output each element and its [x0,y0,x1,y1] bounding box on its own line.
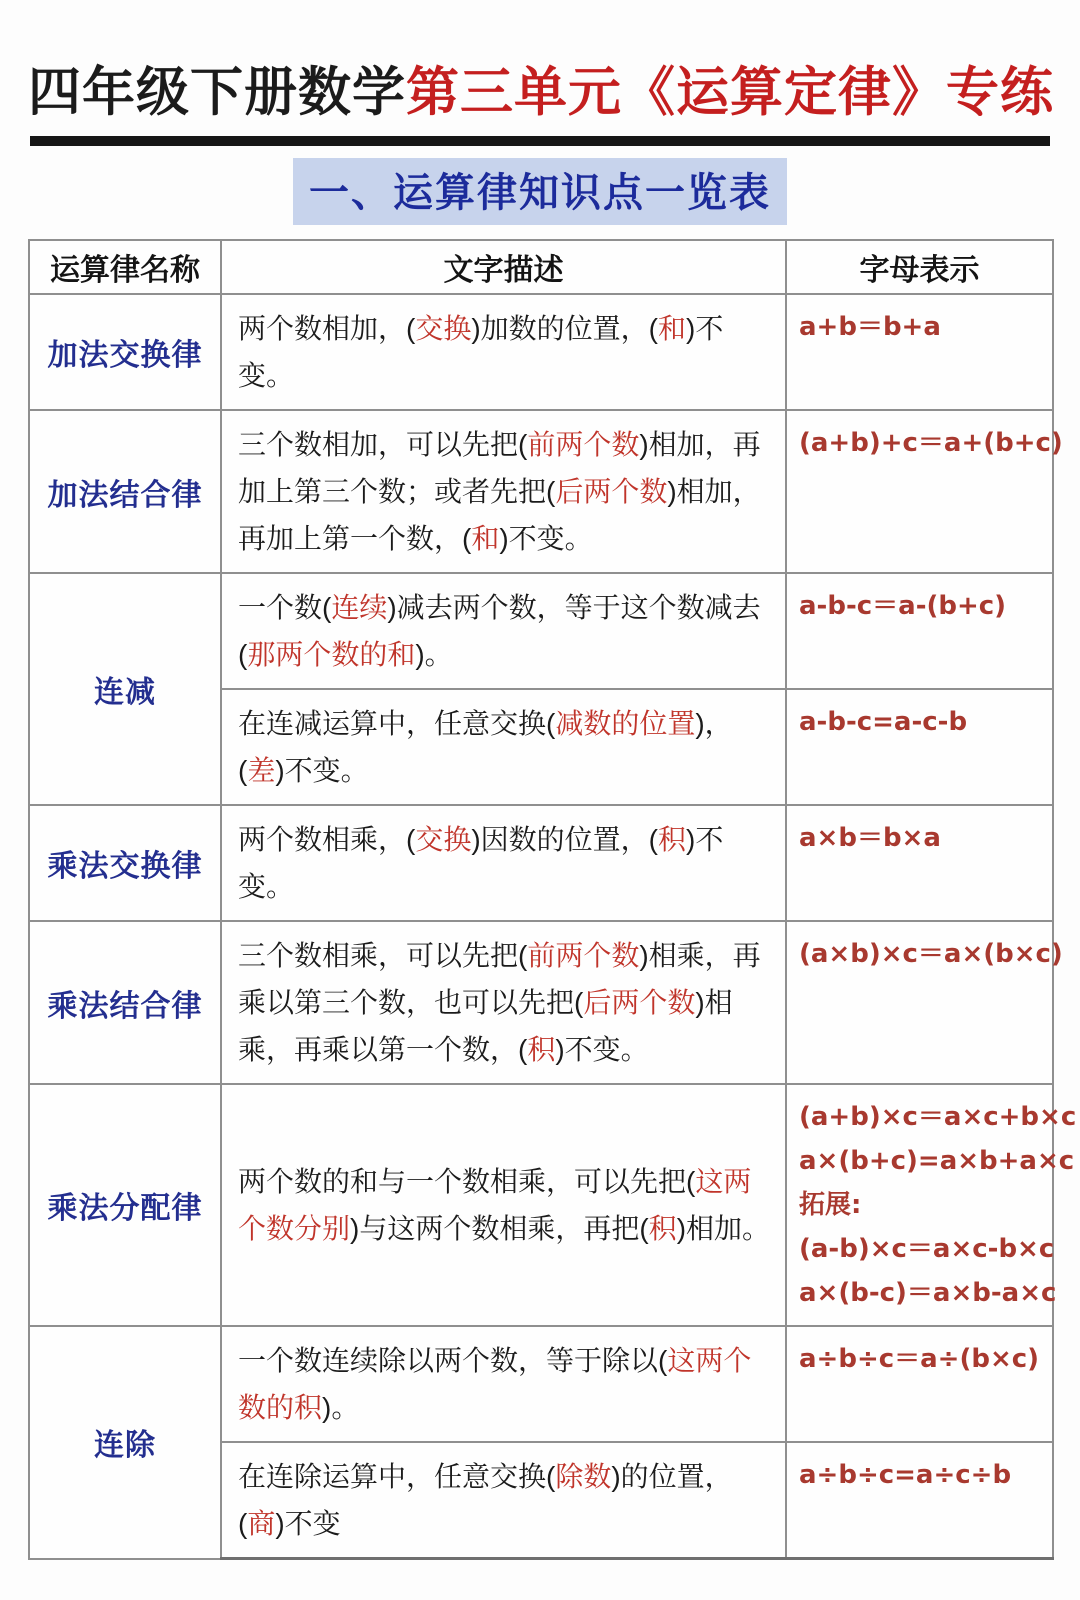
law-name-cell: 连除 [29,1326,221,1559]
description-text: )。 [415,639,452,670]
table-row: 乘法分配律两个数的和与一个数相乘，可以先把(这两个数分别)与这两个数相乘，再把(… [29,1084,1053,1326]
description-cell: 一个数(连续)减去两个数，等于这个数减去(那两个数的和)。 [221,573,786,689]
description-cell: 三个数相加，可以先把(前两个数)相加，再加上第三个数；或者先把(后两个数)相加，… [221,410,786,573]
description-text: )加数的位置，( [471,313,658,344]
formula-line: a÷b÷c＝a÷(b×c) [799,1337,1046,1381]
formula-line: a-b-c=a-c-b [799,700,1046,744]
description-cell: 在连除运算中，任意交换(除数)的位置，(商)不变 [221,1442,786,1559]
formula-cell: (a×b)×c＝a×(b×c) [786,921,1053,1084]
description-cell: 一个数连续除以两个数，等于除以(这两个数的积)。 [221,1326,786,1442]
formula-cell: a÷b÷c＝a÷(b×c) [786,1326,1053,1442]
description-highlight-text: 减数的位置 [555,708,695,739]
description-highlight-text: 交换 [415,824,471,855]
formula-line: (a×b)×c＝a×(b×c) [799,932,1046,976]
law-name-cell: 乘法结合律 [29,921,221,1084]
formula-line: a+b＝b+a [799,305,1046,349]
description-text: 两个数的和与一个数相乘，可以先把( [238,1166,695,1197]
description-text: 两个数相加，( [238,313,415,344]
description-text: )不变。 [275,755,368,786]
description-highlight-text: 除数 [555,1461,611,1492]
description-highlight-text: 积 [658,824,686,855]
description-text: 三个数相加，可以先把( [238,429,527,460]
formula-line: (a+b)+c＝a+(b+c) [799,421,1046,465]
description-text: 在连减运算中，任意交换( [238,708,555,739]
formula-line: a×(b+c)=a×b+a×c [799,1139,1046,1183]
description-text: )相加。 [677,1213,770,1244]
law-name-cell: 加法交换律 [29,294,221,410]
formula-cell: (a+b)×c＝a×c+b×ca×(b+c)=a×b+a×c拓展:(a-b)×c… [786,1084,1053,1326]
formula-line: 拓展: [799,1183,1046,1227]
description-highlight-text: 前两个数 [527,940,639,971]
formula-line: a-b-c＝a-(b+c) [799,584,1046,628]
description-text: )与这两个数相乘，再把( [350,1213,649,1244]
description-text: )因数的位置，( [471,824,658,855]
description-highlight-text: 后两个数 [555,476,667,507]
column-header-formula: 字母表示 [786,240,1053,294]
description-highlight-text: 那两个数的和 [247,639,415,670]
description-highlight-text: 差 [247,755,275,786]
column-header-description: 文字描述 [221,240,786,294]
formula-line: (a-b)×c＝a×c-b×c [799,1227,1046,1271]
formula-line: a÷b÷c=a÷c÷b [799,1453,1046,1497]
description-highlight-text: 和 [471,523,499,554]
section-heading: 一、运算律知识点一览表 [293,158,787,225]
description-highlight-text: 和 [658,313,686,344]
operation-laws-table: 运算律名称 文字描述 字母表示 加法交换律两个数相加，(交换)加数的位置，(和)… [28,239,1054,1560]
description-text: 一个数( [238,592,331,623]
description-text: 两个数相乘，( [238,824,415,855]
page-title-black-part: 四年级下册数学 [28,64,406,122]
description-text: )不变。 [555,1034,648,1065]
description-cell: 两个数相乘，(交换)因数的位置，(积)不变。 [221,805,786,921]
description-cell: 在连减运算中，任意交换(减数的位置)，(差)不变。 [221,689,786,805]
table-row: 乘法交换律两个数相乘，(交换)因数的位置，(积)不变。a×b＝b×a [29,805,1053,921]
formula-cell: a÷b÷c=a÷c÷b [786,1442,1053,1559]
description-text: )。 [322,1392,359,1423]
formula-cell: a+b＝b+a [786,294,1053,410]
formula-cell: a-b-c＝a-(b+c) [786,573,1053,689]
description-cell: 两个数的和与一个数相乘，可以先把(这两个数分别)与这两个数相乘，再把(积)相加。 [221,1084,786,1326]
description-cell: 三个数相乘，可以先把(前两个数)相乘，再乘以第三个数，也可以先把(后两个数)相乘… [221,921,786,1084]
table-row: 加法结合律三个数相加，可以先把(前两个数)相加，再加上第三个数；或者先把(后两个… [29,410,1053,573]
title-divider-rule [30,136,1050,146]
description-highlight-text: 积 [527,1034,555,1065]
table-row: 乘法结合律三个数相乘，可以先把(前两个数)相乘，再乘以第三个数，也可以先把(后两… [29,921,1053,1084]
table-row: 加法交换律两个数相加，(交换)加数的位置，(和)不变。a+b＝b+a [29,294,1053,410]
description-text: 三个数相乘，可以先把( [238,940,527,971]
law-name-cell: 连减 [29,573,221,805]
column-header-law-name: 运算律名称 [29,240,221,294]
formula-line: (a+b)×c＝a×c+b×c [799,1095,1046,1139]
description-highlight-text: 连续 [331,592,387,623]
description-text: 在连除运算中，任意交换( [238,1461,555,1492]
formula-cell: a×b＝b×a [786,805,1053,921]
formula-line: a×(b-c)＝a×b-a×c [799,1271,1046,1315]
formula-cell: (a+b)+c＝a+(b+c) [786,410,1053,573]
formula-line: a×b＝b×a [799,816,1046,860]
page-title: 四年级下册数学第三单元《运算定律》专练 [28,50,1052,126]
description-cell: 两个数相加，(交换)加数的位置，(和)不变。 [221,294,786,410]
law-name-cell: 乘法分配律 [29,1084,221,1326]
laws-table-body: 加法交换律两个数相加，(交换)加数的位置，(和)不变。a+b＝b+a加法结合律三… [29,294,1053,1559]
table-row: 连减一个数(连续)减去两个数，等于这个数减去(那两个数的和)。a-b-c＝a-(… [29,573,1053,689]
table-row: 连除一个数连续除以两个数，等于除以(这两个数的积)。a÷b÷c＝a÷(b×c) [29,1326,1053,1442]
description-text: )不变 [275,1508,340,1539]
page-title-red-part: 第三单元《运算定律》专练 [406,64,1054,122]
formula-cell: a-b-c=a-c-b [786,689,1053,805]
description-highlight-text: 交换 [415,313,471,344]
description-highlight-text: 后两个数 [583,987,695,1018]
description-highlight-text: 积 [649,1213,677,1244]
table-header-row: 运算律名称 文字描述 字母表示 [29,240,1053,294]
description-highlight-text: 商 [247,1508,275,1539]
worksheet-page: 四年级下册数学第三单元《运算定律》专练 一、运算律知识点一览表 运算律名称 文字… [0,0,1080,1600]
law-name-cell: 加法结合律 [29,410,221,573]
description-highlight-text: 前两个数 [527,429,639,460]
section-heading-wrap: 一、运算律知识点一览表 [28,158,1052,225]
description-text: )不变。 [499,523,592,554]
description-text: 一个数连续除以两个数，等于除以( [238,1345,667,1376]
law-name-cell: 乘法交换律 [29,805,221,921]
